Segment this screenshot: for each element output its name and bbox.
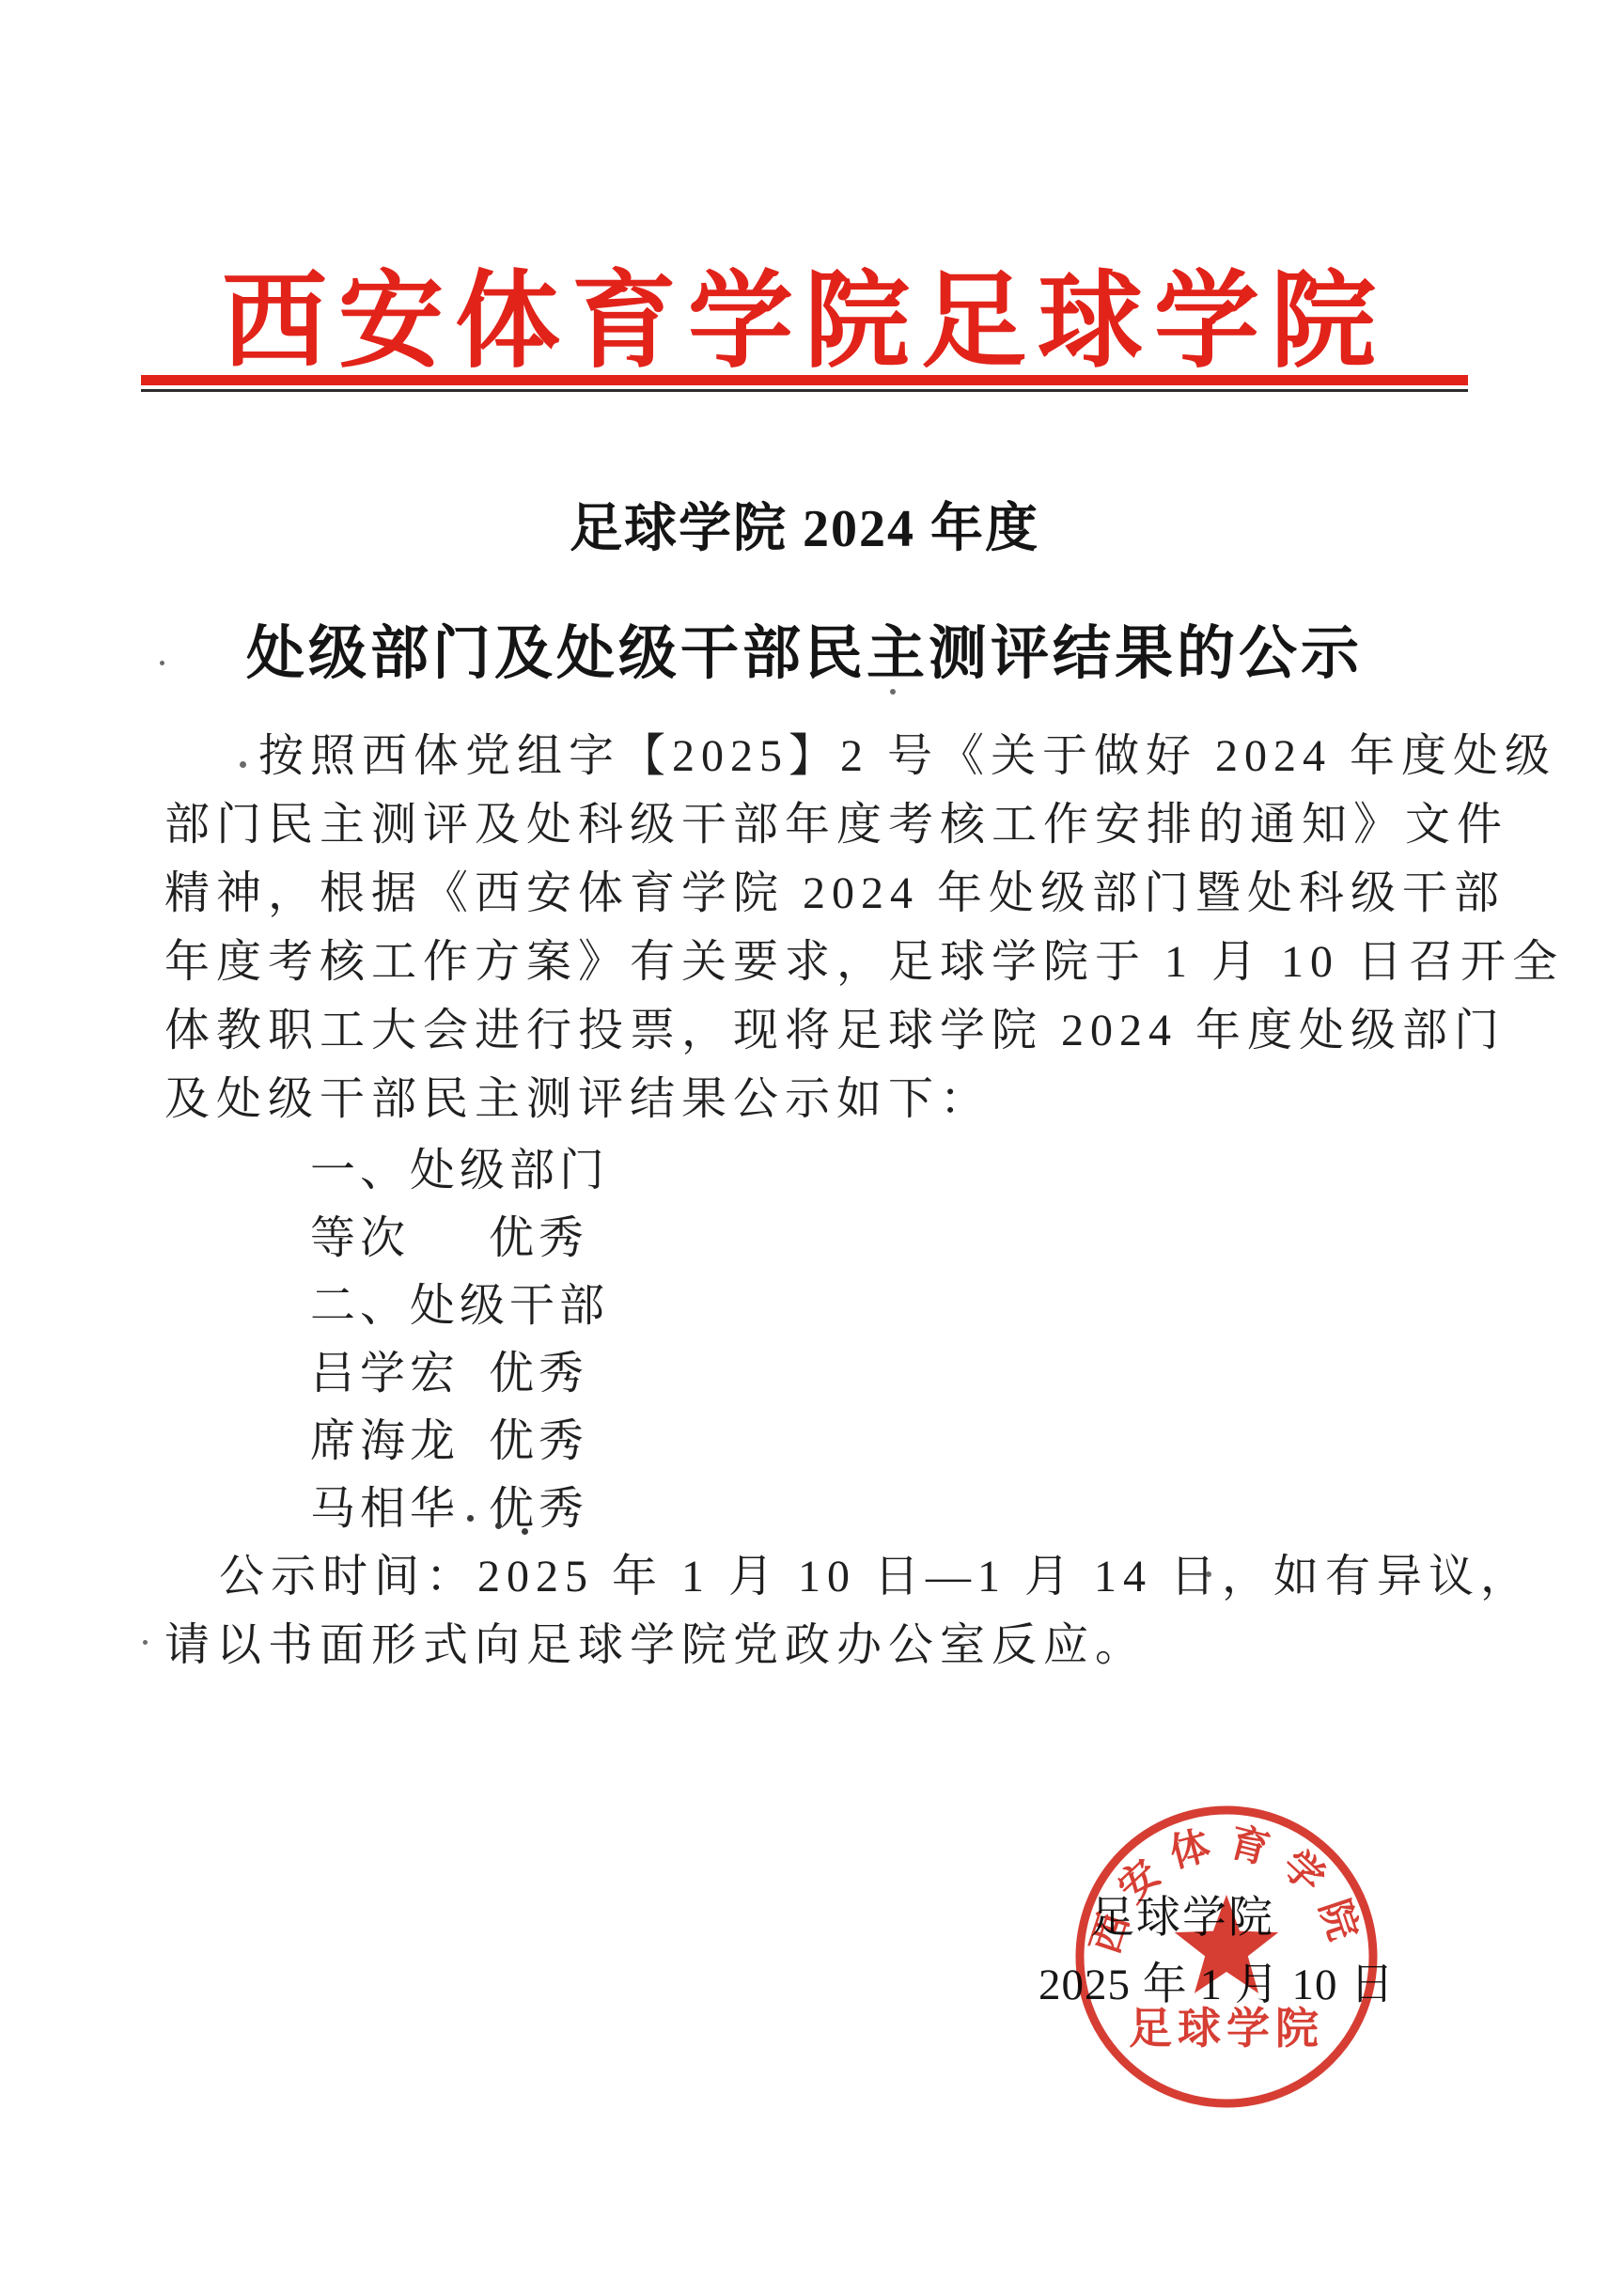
result-row-label: 等次 (310, 1211, 489, 1267)
scan-speck (160, 661, 164, 665)
result-row-value: 优秀 (489, 1416, 588, 1466)
seal-bottom-text: 足球学院 (1129, 2005, 1324, 2053)
result-row-name: 吕学宏 (310, 1346, 489, 1402)
result-row-value: 优秀 (489, 1349, 588, 1398)
result-row-value: 优秀 (489, 1213, 588, 1263)
document-title-line-1: 足球学院 2024 年度 (141, 487, 1468, 562)
closing-line: 请以书面形式向足球学院党政办公室反应。 (164, 1617, 1480, 1674)
body-line: 精神，根据《西安体育学院 2024 年处级部门暨处科级干部 (164, 866, 1480, 922)
letterhead-title: 西安体育学院足球学院 (141, 237, 1468, 388)
body-line: 部门民主测评及处科级干部年度考核工作安排的通知》文件 (164, 797, 1480, 853)
section-heading-cadres: 二、处级干部 (310, 1278, 609, 1335)
scan-speck (1206, 1571, 1211, 1577)
seal-star-icon (1175, 1895, 1278, 1993)
result-row-name: 席海龙 (310, 1414, 489, 1470)
scan-speck (467, 1515, 474, 1522)
closing-line: 公示时间：2025 年 1 月 10 日—1 月 14 日，如有异议， (164, 1549, 1535, 1605)
scan-speck (495, 1523, 502, 1529)
body-line: 及处级干部民主测评结果公示如下： (164, 1071, 1480, 1128)
letterhead-rule-black (141, 389, 1468, 392)
result-row-name: 马相华 (310, 1481, 489, 1538)
body-line: 按照西体党组字【2025】2 号《关于做好 2024 年度处级 (164, 728, 1574, 785)
scan-speck (143, 1640, 148, 1645)
result-row-value: 优秀 (489, 1484, 588, 1534)
scan-speck (522, 1528, 528, 1535)
scanned-document-page: 西安体育学院足球学院 足球学院 2024 年度 处级部门及处级干部民主测评结果的… (0, 0, 1624, 2281)
scan-speck (240, 761, 246, 768)
result-row-department: 等次优秀 (310, 1211, 588, 1267)
document-title-line-2: 处级部门及处级干部民主测评结果的公示 (141, 606, 1468, 690)
body-line: 年度考核工作方案》有关要求，足球学院于 1 月 10 日召开全 (164, 934, 1480, 991)
scan-speck (890, 689, 896, 695)
official-seal: 西安体育学院 足球学院 (1067, 1797, 1386, 2117)
body-line: 体教职工大会进行投票，现将足球学院 2024 年度处级部门 (164, 1003, 1480, 1059)
result-row-cadre: 吕学宏优秀 (310, 1346, 588, 1402)
letterhead-rule-red (141, 375, 1468, 385)
result-row-cadre: 马相华优秀 (310, 1481, 588, 1538)
section-heading-departments: 一、处级部门 (310, 1143, 609, 1199)
result-row-cadre: 席海龙优秀 (310, 1414, 588, 1470)
